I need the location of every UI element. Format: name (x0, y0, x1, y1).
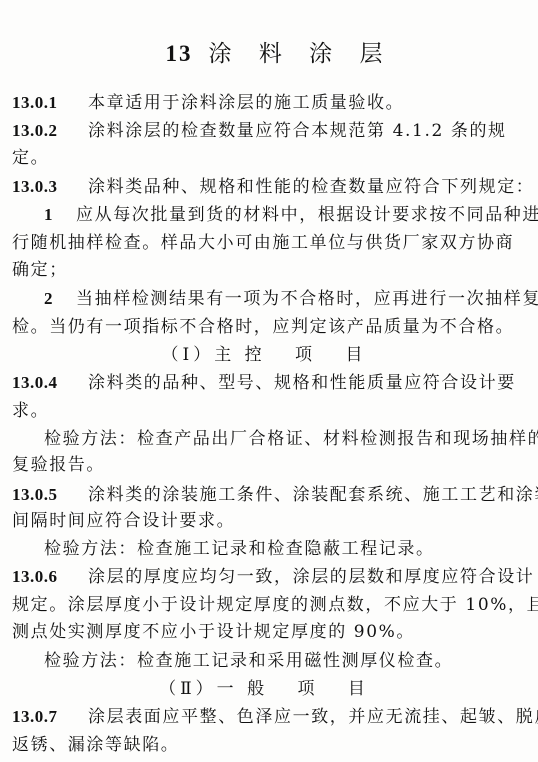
section-heading-general: （Ⅱ）一 般 项 目 (0, 675, 538, 703)
item-1-cont: 行随机抽样检查。样品大小可由施工单位与供货厂家双方协商 (12, 229, 528, 257)
item-text: 应从每次批量到货的材料中，根据设计要求按不同品种进 (76, 205, 538, 225)
clause-13-0-5: 13.0.5涂料类的涂装施工条件、涂装配套系统、施工工艺和涂装 (12, 481, 528, 509)
clause-code: 13.0.4 (12, 369, 88, 397)
clause-13-0-5-method: 检验方法：检查施工记录和检查隐蔽工程记录。 (12, 535, 538, 563)
clause-code: 13.0.7 (12, 703, 88, 731)
clause-13-0-2-cont: 定。 (12, 144, 528, 172)
clause-13-0-7: 13.0.7涂层表面应平整、色泽应一致，并应无流挂、起皱、脱皮、 (12, 703, 528, 731)
chapter-number: 13 (166, 41, 193, 66)
clause-13-0-6: 13.0.6涂层的厚度应均匀一致，涂层的层数和厚度应符合设计 (12, 563, 528, 591)
item-number: 1 (44, 201, 76, 229)
clause-text: 涂料类的品种、型号、规格和性能质量应符合设计要 (88, 373, 516, 393)
clause-text: 涂料涂层的检查数量应符合本规范第 4.1.2 条的规 (88, 121, 507, 141)
item-2-cont: 检。当仍有一项指标不合格时，应判定该产品质量为不合格。 (12, 313, 528, 341)
section-prefix: （Ⅱ）一 (159, 679, 238, 699)
item-text: 当抽样检测结果有一项为不合格时，应再进行一次抽样复 (76, 289, 538, 309)
clause-13-0-3-item-2: 2当抽样检测结果有一项为不合格时，应再进行一次抽样复 (12, 285, 538, 313)
clause-code: 13.0.5 (12, 481, 88, 509)
clause-13-0-4-method: 检验方法：检查产品出厂合格证、材料检测报告和现场抽样的 (12, 425, 538, 453)
item-1-cont-2: 确定； (12, 256, 528, 284)
clause-code: 13.0.6 (12, 563, 88, 591)
clause-text: 涂层表面应平整、色泽应一致，并应无流挂、起皱、脱皮、 (88, 707, 538, 727)
item-number: 2 (44, 285, 76, 313)
clause-13-0-4-method-cont: 复验报告。 (12, 451, 528, 479)
clause-code: 13.0.2 (12, 117, 88, 145)
section-rest: 控 项 目 (245, 345, 377, 365)
clause-13-0-3: 13.0.3涂料类品种、规格和性能的检查数量应符合下列规定： (12, 173, 528, 201)
clause-13-0-7-cont: 返锈、漏涂等缺陷。 (12, 731, 528, 759)
clause-13-0-5-cont: 间隔时间应符合设计要求。 (12, 507, 528, 535)
section-prefix: （Ⅰ）主 (162, 345, 236, 365)
clause-13-0-1: 13.0.1本章适用于涂料涂层的施工质量验收。 (12, 89, 528, 117)
clause-text: 涂料类的涂装施工条件、涂装配套系统、施工工艺和涂装 (88, 485, 538, 505)
clause-text: 涂层的厚度应均匀一致，涂层的层数和厚度应符合设计 (88, 567, 534, 587)
section-rest: 般 项 目 (247, 679, 379, 699)
section-heading-main-control: （Ⅰ）主 控 项 目 (0, 341, 538, 369)
clause-13-0-4: 13.0.4涂料类的品种、型号、规格和性能质量应符合设计要 (12, 369, 528, 397)
clause-13-0-6-cont-2: 测点处实测厚度不应小于设计规定厚度的 90%。 (12, 618, 528, 646)
clause-code: 13.0.3 (12, 173, 88, 201)
clause-text: 涂料类品种、规格和性能的检查数量应符合下列规定： (88, 177, 534, 197)
chapter-title-text: 涂 料 涂 层 (209, 41, 393, 67)
clause-code: 13.0.1 (12, 89, 88, 117)
clause-13-0-6-cont: 规定。涂层厚度小于设计规定厚度的测点数，不应大于 10%，且 (12, 591, 528, 619)
clause-13-0-6-method: 检验方法：检查施工记录和采用磁性测厚仪检查。 (12, 647, 538, 675)
chapter-title: 13涂 料 涂 层 (0, 8, 538, 68)
clause-13-0-3-item-1: 1应从每次批量到货的材料中，根据设计要求按不同品种进 (12, 201, 538, 229)
clause-text: 本章适用于涂料涂层的施工质量验收。 (88, 93, 404, 113)
clause-13-0-2: 13.0.2涂料涂层的检查数量应符合本规范第 4.1.2 条的规 (12, 117, 528, 145)
clause-13-0-4-cont: 求。 (12, 397, 528, 425)
